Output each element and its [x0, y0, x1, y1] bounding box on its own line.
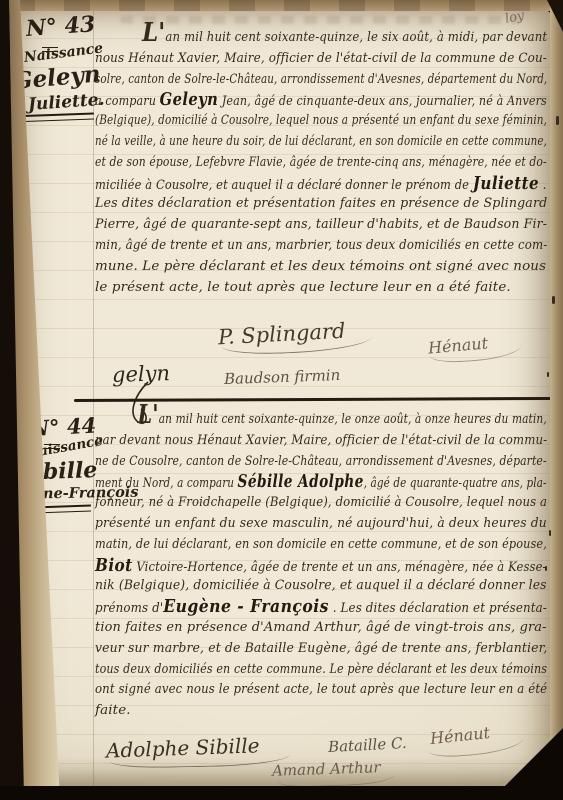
record-text-line: solre, canton de Solre-le-Château, arron…	[95, 70, 444, 91]
record-text-line: et de son épouse, Lefebvre Flavie, âgée …	[95, 153, 459, 174]
record-text-line: Pierre, âgé de quarante-sept ans, taille…	[95, 215, 518, 236]
record-text-line: veur sur marbre, et de Bataille Eugène, …	[95, 639, 515, 660]
record-text-line: tous deux domiciliés en cette commune. L…	[95, 660, 470, 681]
record-text-line: Biot Victoire-Hortence, âgée de trente e…	[95, 556, 485, 577]
record-text-line: par devant nous Hénaut Xavier, Maire, of…	[95, 431, 492, 452]
record-text-line: ont signé avec nous le présent acte, le …	[95, 680, 490, 701]
record-text-line: nous Hénaut Xavier, Maire, officier de l…	[95, 49, 499, 70]
record-text-line: ne de Cousolre, canton de Solre-le-Châte…	[95, 452, 460, 473]
record-text-line: (Belgique), domicilié à Cousolre, lequel…	[95, 111, 448, 132]
birth-record-44-text: L'an mil huit cent soixante-quinze, le o…	[95, 410, 547, 722]
ink-speck	[545, 566, 547, 571]
record-text-line: prénoms d'Eugène - François . Les dites …	[95, 597, 495, 618]
ink-speck	[547, 372, 549, 377]
record-text-line: fonneur, né à Froidchapelle (Belgique), …	[95, 493, 489, 514]
record-text-line: Les dites déclaration et présentation fa…	[95, 194, 521, 215]
record-text-line: le présent acte, le tout après que lectu…	[95, 278, 547, 299]
register-page-scan: loy N° 43 Naissance Geleyn Juliette. L'a…	[0, 0, 563, 800]
ink-speck	[549, 530, 551, 536]
record-text-line: matin, de lui déclarant, en son domicile…	[95, 535, 475, 556]
bleedthrough-text-ghost	[120, 16, 520, 24]
record-text-line: L'an mil huit cent soixante-quinze, le o…	[95, 410, 452, 431]
record-text-line: a comparu Geleyn Jean, âgé de cinquante-…	[95, 90, 471, 111]
record-text-line: L'an mil huit cent soixante-quinze, le s…	[95, 28, 489, 49]
page-top-edge	[9, 0, 551, 11]
birth-record-43-text: L'an mil huit cent soixante-quinze, le s…	[95, 28, 547, 298]
record-text-line: présenté un enfant du sexe masculin, né …	[95, 514, 509, 535]
record-text-line: min, âgé de trente et un ans, marbrier, …	[95, 236, 492, 257]
record-text-line: mune. Le père déclarant et les deux témo…	[95, 257, 547, 278]
record-number: N° 43	[25, 11, 96, 42]
book-bottom-edge	[0, 786, 563, 800]
record-text-line: faite.	[95, 701, 547, 722]
record-text-line: miciliée à Cousolre, et auquel il a décl…	[95, 174, 481, 195]
record-text-line: tion faites en présence d'Amand Arthur, …	[95, 618, 531, 639]
record-text-line: né la veille, à une heure du soir, de lu…	[95, 132, 441, 153]
record-text-line: ment du Nord, a comparu Sébille Adolphe,…	[95, 472, 446, 493]
record-text-line: nik (Belgique), domiciliée à Cousolre, e…	[95, 576, 512, 597]
ink-speck	[556, 116, 559, 125]
ink-speck	[552, 296, 555, 304]
